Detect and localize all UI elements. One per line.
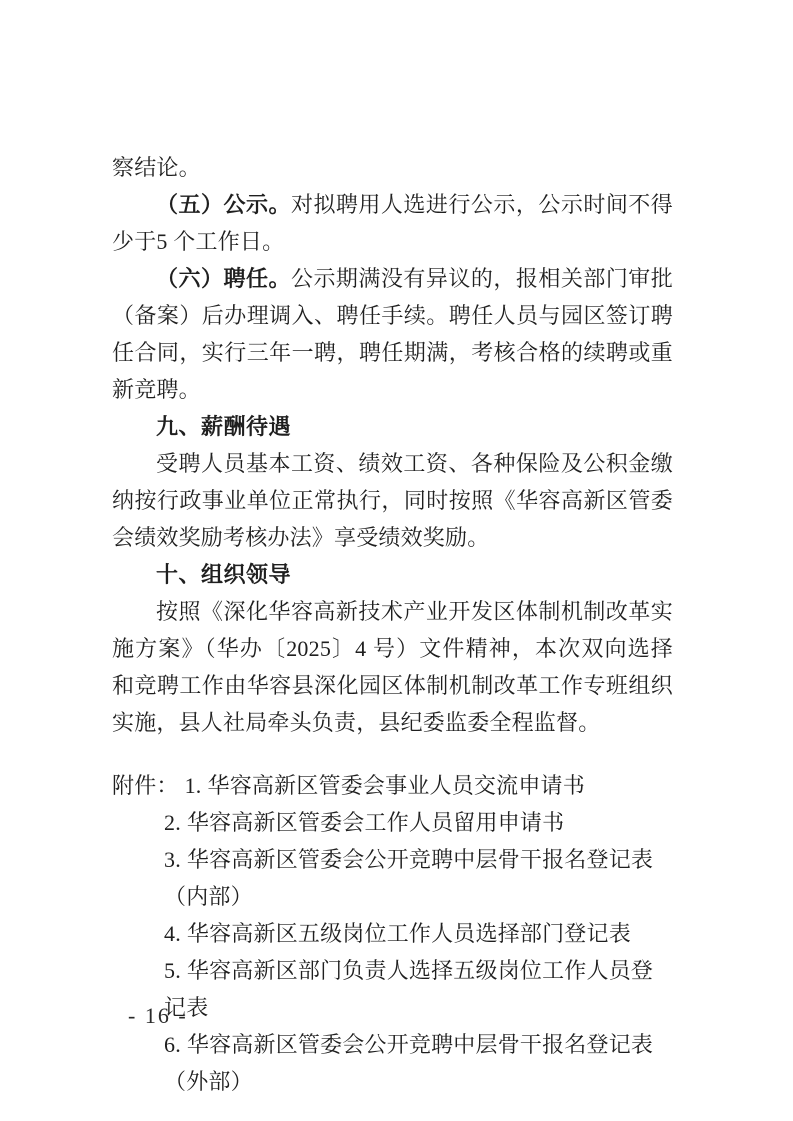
paragraph-continuation: 察结论。 bbox=[112, 149, 673, 186]
document-page: 察结论。 （五）公示。对拟聘用人选进行公示，公示时间不得少于5 个工作日。 （六… bbox=[0, 0, 793, 1121]
paragraph-text: 按照《深化华容高新技术产业开发区体制机制改革实施方案》（华办〔2025〕4 号）… bbox=[112, 599, 673, 735]
attachment-item: 3.华容高新区管委会公开竞聘中层骨干报名登记表（内部） bbox=[112, 841, 673, 915]
attachment-number: 6. bbox=[164, 1026, 187, 1063]
attachments-label: 附件： bbox=[112, 767, 185, 804]
attachments-block: 附件：1.华容高新区管委会事业人员交流申请书 2.华容高新区管委会工作人员留用申… bbox=[112, 767, 673, 1100]
attachment-number: 3. bbox=[164, 841, 187, 878]
attachment-item: 4.华容高新区五级岗位工作人员选择部门登记表 bbox=[112, 915, 673, 952]
paragraph-item-5: （五）公示。对拟聘用人选进行公示，公示时间不得少于5 个工作日。 bbox=[112, 186, 673, 260]
paragraph-text: 察结论。 bbox=[112, 155, 201, 180]
attachment-number: 4. bbox=[164, 915, 187, 952]
page-number: - 16 - bbox=[128, 1003, 188, 1029]
attachment-title: 华容高新区管委会事业人员交流申请书 bbox=[208, 773, 585, 798]
attachment-item: 2.华容高新区管委会工作人员留用申请书 bbox=[112, 804, 673, 841]
attachment-title: 华容高新区部门负责人选择五级岗位工作人员登记表 bbox=[164, 958, 653, 1020]
attachment-number: 2. bbox=[164, 804, 187, 841]
attachment-item: 附件：1.华容高新区管委会事业人员交流申请书 bbox=[112, 767, 673, 804]
document-body: 察结论。 （五）公示。对拟聘用人选进行公示，公示时间不得少于5 个工作日。 （六… bbox=[112, 149, 673, 1100]
attachment-title: 华容高新区管委会工作人员留用申请书 bbox=[187, 810, 564, 835]
paragraph-item-6: （六）聘任。公示期满没有异议的，报相关部门审批（备案）后办理调入、聘任手续。聘任… bbox=[112, 260, 673, 408]
attachment-item: 6.华容高新区管委会公开竞聘中层骨干报名登记表（外部） bbox=[112, 1026, 673, 1100]
paragraph-lead: （五）公示。 bbox=[156, 192, 291, 217]
paragraph-organization: 按照《深化华容高新技术产业开发区体制机制改革实施方案》（华办〔2025〕4 号）… bbox=[112, 593, 673, 741]
paragraph-salary: 受聘人员基本工资、绩效工资、各种保险及公积金缴纳按行政事业单位正常执行，同时按照… bbox=[112, 445, 673, 556]
paragraph-lead: （六）聘任。 bbox=[156, 266, 291, 291]
attachment-item: 5.华容高新区部门负责人选择五级岗位工作人员登记表 bbox=[112, 952, 673, 1026]
attachment-title: 华容高新区管委会公开竞聘中层骨干报名登记表（外部） bbox=[164, 1032, 653, 1094]
section-heading-9: 九、薪酬待遇 bbox=[112, 408, 673, 445]
attachment-title: 华容高新区五级岗位工作人员选择部门登记表 bbox=[187, 921, 631, 946]
paragraph-text: 受聘人员基本工资、绩效工资、各种保险及公积金缴纳按行政事业单位正常执行，同时按照… bbox=[112, 451, 673, 550]
section-heading-10: 十、组织领导 bbox=[112, 556, 673, 593]
attachment-number: 1. bbox=[185, 767, 208, 804]
attachment-number: 5. bbox=[164, 952, 187, 989]
attachment-title: 华容高新区管委会公开竞聘中层骨干报名登记表（内部） bbox=[164, 847, 653, 909]
